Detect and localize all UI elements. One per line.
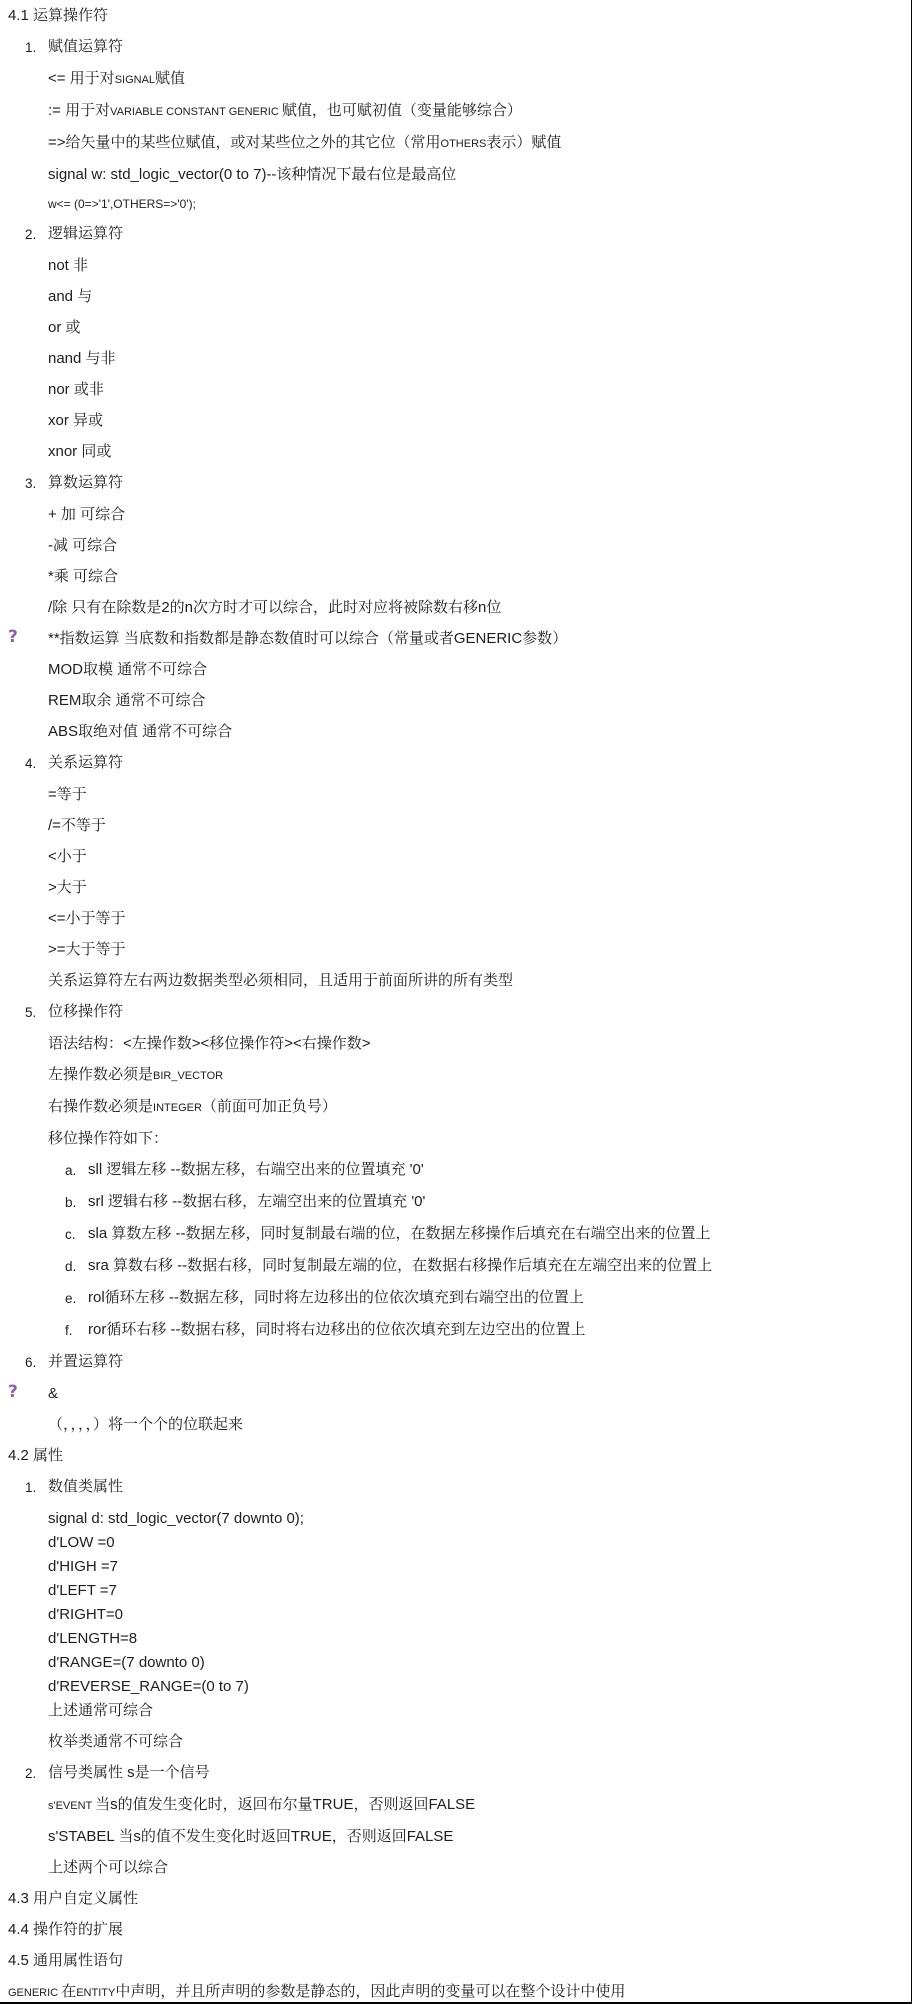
line-text: 4.3 用户自定义属性 [8, 1890, 138, 1907]
text-segment: 关系运算符左右两边数据类型必须相同，且适用于前面所讲的所有类型 [48, 972, 513, 989]
text-segment: *乘 可综合 [48, 568, 118, 585]
text-segment: signal w: std_logic_vector(0 to 7)--该种情况… [48, 166, 456, 183]
list-marker: 5. [25, 1002, 48, 1023]
doc-line: 6.并置运算符 [25, 1352, 903, 1373]
text-segment: OTHERS [441, 138, 487, 150]
line-text: 关系运算符左右两边数据类型必须相同，且适用于前面所讲的所有类型 [48, 972, 513, 989]
doc-line: 2.信号类属性 s是一个信号 [25, 1763, 903, 1784]
line-text: xor 异或 [48, 412, 103, 429]
text-segment: 在 [61, 1983, 76, 2000]
line-text: signal w: std_logic_vector(0 to 7)--该种情况… [48, 166, 456, 183]
text-segment: s'EVENT [48, 1800, 95, 1812]
text-segment: 中声明，并且所声明的参数是静态的，因此声明的变量可以在整个设计中使用 [115, 1983, 625, 2000]
text-segment: （前面可加正负号） [202, 1098, 337, 1115]
section-heading: 4.1 运算操作符 [8, 6, 903, 26]
line-text: d'LOW =0 [48, 1534, 115, 1551]
text-segment: MOD取模 通常不可综合 [48, 661, 207, 678]
line-text: nand 与非 [48, 350, 116, 367]
text-segment: nor 或非 [48, 381, 104, 398]
text-segment: := 用于对 [48, 102, 110, 119]
line-text: + 加 可综合 [48, 506, 125, 523]
text-segment: 算数运算符 [48, 474, 123, 491]
text-segment: w<= (0=>'1',OTHERS=>'0'); [48, 197, 196, 211]
line-text: signal d: std_logic_vector(7 downto 0); [48, 1510, 304, 1527]
text-segment: rol循环左移 --数据左移，同时将左边移出的位依次填充到右端空出的位置上 [88, 1289, 584, 1306]
text-segment: d'LOW =0 [48, 1534, 115, 1551]
line-text: <= 用于对SIGNAL赋值 [48, 70, 185, 87]
doc-line: signal w: std_logic_vector(0 to 7)--该种情况… [48, 165, 903, 185]
doc-line: nand 与非 [48, 349, 903, 369]
list-marker: f. [65, 1320, 88, 1341]
doc-line: ?& [48, 1384, 903, 1404]
line-text: d'LEFT =7 [48, 1582, 117, 1599]
line-text: MOD取模 通常不可综合 [48, 661, 207, 678]
line-text: d'RIGHT=0 [48, 1606, 123, 1623]
text-segment: ABS取绝对值 通常不可综合 [48, 723, 232, 740]
line-text: ror循环右移 --数据右移，同时将右边移出的位依次填充到左边空出的位置上 [88, 1320, 586, 1341]
line-text: *乘 可综合 [48, 568, 118, 585]
text-segment: INTEGER [153, 1102, 202, 1114]
text-segment: 数值类属性 [48, 1478, 123, 1495]
line-text: nor 或非 [48, 381, 104, 398]
line-text: srl 逻辑右移 --数据右移，左端空出来的位置填充 '0' [88, 1192, 425, 1213]
text-segment: 赋值 [155, 70, 185, 87]
text-segment: xor 异或 [48, 412, 103, 429]
line-text: 左操作数必须是BIR_VECTOR [48, 1066, 223, 1083]
doc-line: 2.逻辑运算符 [25, 224, 903, 245]
text-segment: d'LEFT =7 [48, 1582, 117, 1599]
text-segment: 枚举类通常不可综合 [48, 1733, 183, 1750]
text-segment: 关系运算符 [48, 754, 123, 771]
doc-line: f.ror循环右移 --数据右移，同时将右边移出的位依次填充到左边空出的位置上 [65, 1320, 903, 1341]
line-text: 关系运算符 [48, 753, 123, 774]
doc-line: <=小于等于 [48, 909, 903, 929]
line-text: （，，，，）将一个个的位联起来 [48, 1416, 243, 1433]
text-segment: d'REVERSE_RANGE=(0 to 7) [48, 1678, 249, 1695]
text-segment: >大于 [48, 879, 87, 896]
notes-page: 4.1 运算操作符1.赋值运算符<= 用于对SIGNAL赋值:= 用于对VARI… [0, 0, 911, 2003]
doc-line: 1.数值类属性 [25, 1477, 903, 1498]
doc-line: /=不等于 [48, 816, 903, 836]
doc-line: and 与 [48, 287, 903, 307]
line-text: d'LENGTH=8 [48, 1630, 137, 1647]
doc-line: a.sll 逻辑左移 --数据左移，右端空出来的位置填充 '0' [65, 1160, 903, 1181]
line-text: sra 算数右移 --数据右移，同时复制最左端的位，在数据右移操作后填充在左端空… [88, 1256, 712, 1277]
doc-line: signal d: std_logic_vector(7 downto 0); [48, 1509, 903, 1529]
text-segment: xnor 同或 [48, 443, 111, 460]
doc-line: （，，，，）将一个个的位联起来 [48, 1415, 903, 1435]
text-segment: 逻辑运算符 [48, 225, 123, 242]
text-segment: s'STABEL 当s的值不发生变化时返回TRUE，否则返回FALSE [48, 1828, 453, 1845]
text-segment: GENERIC [8, 1987, 61, 1999]
doc-line: 3.算数运算符 [25, 473, 903, 494]
line-text: 数值类属性 [48, 1477, 123, 1498]
doc-line: d'REVERSE_RANGE=(0 to 7) [48, 1677, 903, 1697]
section-heading: 4.5 通用属性语句 [8, 1951, 903, 1971]
doc-line: ABS取绝对值 通常不可综合 [48, 722, 903, 742]
line-text: 4.2 属性 [8, 1447, 63, 1464]
text-segment: and 与 [48, 288, 92, 305]
doc-line: s'STABEL 当s的值不发生变化时返回TRUE，否则返回FALSE [48, 1827, 903, 1847]
text-segment: 右操作数必须是 [48, 1098, 153, 1115]
line-text: <小于 [48, 848, 87, 865]
line-text: sll 逻辑左移 --数据左移，右端空出来的位置填充 '0' [88, 1160, 424, 1181]
text-segment: 4.3 用户自定义属性 [8, 1890, 138, 1907]
line-text: <=小于等于 [48, 910, 126, 927]
line-text: **指数运算 当底数和指数都是静态数值时可以综合（常量或者GENERIC参数） [48, 630, 567, 647]
line-text: GENERIC 在ENTITY中声明，并且所声明的参数是静态的，因此声明的变量可… [8, 1983, 625, 2000]
text-segment: BIR_VECTOR [153, 1070, 223, 1082]
text-segment: 4.4 操作符的扩展 [8, 1921, 123, 1938]
line-text: ABS取绝对值 通常不可综合 [48, 723, 232, 740]
text-segment: 当s的值发生变化时，返回布尔量TRUE，否则返回FALSE [95, 1796, 475, 1813]
line-text: 右操作数必须是INTEGER（前面可加正负号） [48, 1098, 337, 1115]
line-text: >=大于等于 [48, 941, 126, 958]
doc-line: 移位操作符如下： [48, 1129, 903, 1149]
text-segment: 位移操作符 [48, 1003, 123, 1020]
text-segment: -减 可综合 [48, 537, 117, 554]
text-segment: 并置运算符 [48, 1353, 123, 1370]
line-text: 移位操作符如下： [48, 1130, 168, 1147]
text-segment: REM取余 通常不可综合 [48, 692, 206, 709]
text-segment: not 非 [48, 257, 88, 274]
line-text: 算数运算符 [48, 473, 123, 494]
list-marker: b. [65, 1192, 88, 1213]
text-segment: 语法结构：<左操作数><移位操作符><右操作数> [48, 1035, 371, 1052]
doc-line: d'LOW =0 [48, 1533, 903, 1553]
text-segment: /=不等于 [48, 817, 106, 834]
list-marker: 1. [25, 1477, 48, 1498]
line-text: /除 只有在除数是2的n次方时才可以综合，此时对应将被除数右移n位 [48, 599, 501, 616]
doc-line: c.sla 算数左移 --数据左移，同时复制最右端的位，在数据左移操作后填充在右… [65, 1224, 903, 1245]
line-text: 枚举类通常不可综合 [48, 1733, 183, 1750]
list-marker: c. [65, 1224, 88, 1245]
line-text: >大于 [48, 879, 87, 896]
doc-line: xor 异或 [48, 411, 903, 431]
text-segment: d'RANGE=(7 downto 0) [48, 1654, 205, 1671]
text-segment: srl 逻辑右移 --数据右移，左端空出来的位置填充 '0' [88, 1193, 425, 1210]
doc-line: nor 或非 [48, 380, 903, 400]
doc-line: 上述两个可以综合 [48, 1858, 903, 1878]
text-segment: SIGNAL [115, 74, 155, 86]
text-segment: =>给矢量中的某些位赋值，或对某些位之外的其它位（常用 [48, 134, 441, 151]
line-text: := 用于对VARIABLE CONSTANT GENERIC 赋值，也可赋初值… [48, 102, 522, 119]
line-text: & [48, 1385, 58, 1402]
doc-line: =>给矢量中的某些位赋值，或对某些位之外的其它位（常用OTHERS表示）赋值 [48, 133, 903, 154]
line-text: 4.5 通用属性语句 [8, 1952, 123, 1969]
text-segment: 赋值运算符 [48, 38, 123, 55]
section-heading: 4.4 操作符的扩展 [8, 1920, 903, 1940]
doc-line: w<= (0=>'1',OTHERS=>'0'); [48, 196, 903, 212]
text-segment: or 或 [48, 319, 81, 336]
line-text: 上述通常可综合 [48, 1702, 153, 1719]
line-text: /=不等于 [48, 817, 106, 834]
text-segment: <= 用于对 [48, 70, 115, 87]
question-tag-icon[interactable]: ? [8, 1382, 18, 1402]
text-segment: <=小于等于 [48, 910, 126, 927]
line-text: d'RANGE=(7 downto 0) [48, 1654, 205, 1671]
text-segment: 信号类属性 s是一个信号 [48, 1764, 210, 1781]
doc-line: <小于 [48, 847, 903, 867]
line-text: sla 算数左移 --数据左移，同时复制最右端的位，在数据左移操作后填充在右端空… [88, 1224, 711, 1245]
line-text: =等于 [48, 786, 87, 803]
text-segment: VARIABLE CONSTANT GENERIC [110, 106, 282, 118]
doc-line: s'EVENT 当s的值发生变化时，返回布尔量TRUE，否则返回FALSE [48, 1795, 903, 1816]
text-segment: signal d: std_logic_vector(7 downto 0); [48, 1510, 304, 1527]
list-marker: a. [65, 1160, 88, 1181]
doc-line: not 非 [48, 256, 903, 276]
line-text: or 或 [48, 319, 81, 336]
line-text: =>给矢量中的某些位赋值，或对某些位之外的其它位（常用OTHERS表示）赋值 [48, 134, 561, 151]
line-text: and 与 [48, 288, 92, 305]
doc-line: 左操作数必须是BIR_VECTOR [48, 1065, 903, 1086]
doc-line: d'HIGH =7 [48, 1557, 903, 1577]
list-marker: 1. [25, 37, 48, 58]
doc-line: 关系运算符左右两边数据类型必须相同，且适用于前面所讲的所有类型 [48, 971, 903, 991]
doc-line: d.sra 算数右移 --数据右移，同时复制最左端的位，在数据右移操作后填充在左… [65, 1256, 903, 1277]
text-segment: & [48, 1385, 58, 1402]
doc-line: <= 用于对SIGNAL赋值 [48, 69, 903, 90]
text-segment: d'LENGTH=8 [48, 1630, 137, 1647]
doc-line: xnor 同或 [48, 442, 903, 462]
section-heading: 4.2 属性 [8, 1446, 903, 1466]
text-segment: **指数运算 当底数和指数都是静态数值时可以综合（常量或者GENERIC参数） [48, 630, 567, 647]
text-segment: ror循环右移 --数据右移，同时将右边移出的位依次填充到左边空出的位置上 [88, 1321, 586, 1338]
question-tag-icon[interactable]: ? [8, 627, 18, 647]
line-text: not 非 [48, 257, 88, 274]
line-text: 并置运算符 [48, 1352, 123, 1373]
text-segment: nand 与非 [48, 350, 116, 367]
doc-line: 5.位移操作符 [25, 1002, 903, 1023]
text-segment: 表示）赋值 [486, 134, 561, 151]
line-text: 位移操作符 [48, 1002, 123, 1023]
line-text: 4.1 运算操作符 [8, 7, 108, 24]
doc-line: d'RIGHT=0 [48, 1605, 903, 1625]
doc-line: e.rol循环左移 --数据左移，同时将左边移出的位依次填充到右端空出的位置上 [65, 1288, 903, 1309]
text-segment: /除 只有在除数是2的n次方时才可以综合，此时对应将被除数右移n位 [48, 599, 501, 616]
doc-line: >大于 [48, 878, 903, 898]
list-marker: 2. [25, 1763, 48, 1784]
section-heading: 4.3 用户自定义属性 [8, 1889, 903, 1909]
doc-line: REM取余 通常不可综合 [48, 691, 903, 711]
doc-line: 1.赋值运算符 [25, 37, 903, 58]
text-segment: （，，，，）将一个个的位联起来 [48, 1416, 243, 1433]
list-marker: 3. [25, 473, 48, 494]
text-segment: d'HIGH =7 [48, 1558, 118, 1575]
text-segment: + 加 可综合 [48, 506, 125, 523]
doc-line: := 用于对VARIABLE CONSTANT GENERIC 赋值，也可赋初值… [48, 101, 903, 122]
list-marker: 6. [25, 1352, 48, 1373]
doc-line: -减 可综合 [48, 536, 903, 556]
list-marker: d. [65, 1256, 88, 1277]
text-segment: d'RIGHT=0 [48, 1606, 123, 1623]
text-segment: >=大于等于 [48, 941, 126, 958]
text-segment: sla 算数左移 --数据左移，同时复制最右端的位，在数据左移操作后填充在右端空… [88, 1225, 711, 1242]
doc-line: *乘 可综合 [48, 567, 903, 587]
text-segment: 左操作数必须是 [48, 1066, 153, 1083]
doc-line: b.srl 逻辑右移 --数据右移，左端空出来的位置填充 '0' [65, 1192, 903, 1213]
text-segment: sra 算数右移 --数据右移，同时复制最左端的位，在数据右移操作后填充在左端空… [88, 1257, 712, 1274]
text-segment: ENTITY [76, 1987, 115, 1999]
doc-line: /除 只有在除数是2的n次方时才可以综合，此时对应将被除数右移n位 [48, 598, 903, 618]
list-marker: e. [65, 1288, 88, 1309]
doc-line: d'LENGTH=8 [48, 1629, 903, 1649]
doc-line: + 加 可综合 [48, 505, 903, 525]
doc-line: d'LEFT =7 [48, 1581, 903, 1601]
line-text: 赋值运算符 [48, 37, 123, 58]
line-text: 4.4 操作符的扩展 [8, 1921, 123, 1938]
text-segment: 4.2 属性 [8, 1447, 63, 1464]
line-text: s'EVENT 当s的值发生变化时，返回布尔量TRUE，否则返回FALSE [48, 1796, 475, 1813]
text-segment: sll 逻辑左移 --数据左移，右端空出来的位置填充 '0' [88, 1161, 424, 1178]
doc-line: or 或 [48, 318, 903, 338]
doc-line: >=大于等于 [48, 940, 903, 960]
doc-line: 4.关系运算符 [25, 753, 903, 774]
list-marker: 4. [25, 753, 48, 774]
doc-line: d'RANGE=(7 downto 0) [48, 1653, 903, 1673]
list-marker: 2. [25, 224, 48, 245]
page: { "page": { "background": "#ffffff", "te… [0, 0, 912, 2004]
text-segment: 移位操作符如下： [48, 1130, 168, 1147]
doc-line: MOD取模 通常不可综合 [48, 660, 903, 680]
line-text: 语法结构：<左操作数><移位操作符><右操作数> [48, 1035, 371, 1052]
text-segment: 上述通常可综合 [48, 1702, 153, 1719]
doc-line: 上述通常可综合 [48, 1701, 903, 1721]
text-segment: <小于 [48, 848, 87, 865]
doc-line: 语法结构：<左操作数><移位操作符><右操作数> [48, 1034, 903, 1054]
text-segment: =等于 [48, 786, 87, 803]
line-text: xnor 同或 [48, 443, 111, 460]
line-text: w<= (0=>'1',OTHERS=>'0'); [48, 197, 196, 211]
text-segment: 上述两个可以综合 [48, 1859, 168, 1876]
line-text: d'REVERSE_RANGE=(0 to 7) [48, 1678, 249, 1695]
text-segment: 赋值，也可赋初值（变量能够综合） [282, 102, 522, 119]
doc-line: =等于 [48, 785, 903, 805]
line-text: 信号类属性 s是一个信号 [48, 1763, 210, 1784]
line-text: s'STABEL 当s的值不发生变化时返回TRUE，否则返回FALSE [48, 1828, 453, 1845]
line-text: d'HIGH =7 [48, 1558, 118, 1575]
line-text: rol循环左移 --数据左移，同时将左边移出的位依次填充到右端空出的位置上 [88, 1288, 584, 1309]
doc-line: GENERIC 在ENTITY中声明，并且所声明的参数是静态的，因此声明的变量可… [8, 1982, 903, 2003]
line-text: -减 可综合 [48, 537, 117, 554]
doc-line: 枚举类通常不可综合 [48, 1732, 903, 1752]
line-text: REM取余 通常不可综合 [48, 692, 206, 709]
doc-line: ?**指数运算 当底数和指数都是静态数值时可以综合（常量或者GENERIC参数） [48, 629, 903, 649]
doc-line: 右操作数必须是INTEGER（前面可加正负号） [48, 1097, 903, 1118]
text-segment: 4.1 运算操作符 [8, 7, 108, 24]
line-text: 逻辑运算符 [48, 224, 123, 245]
line-text: 上述两个可以综合 [48, 1859, 168, 1876]
text-segment: 4.5 通用属性语句 [8, 1952, 123, 1969]
